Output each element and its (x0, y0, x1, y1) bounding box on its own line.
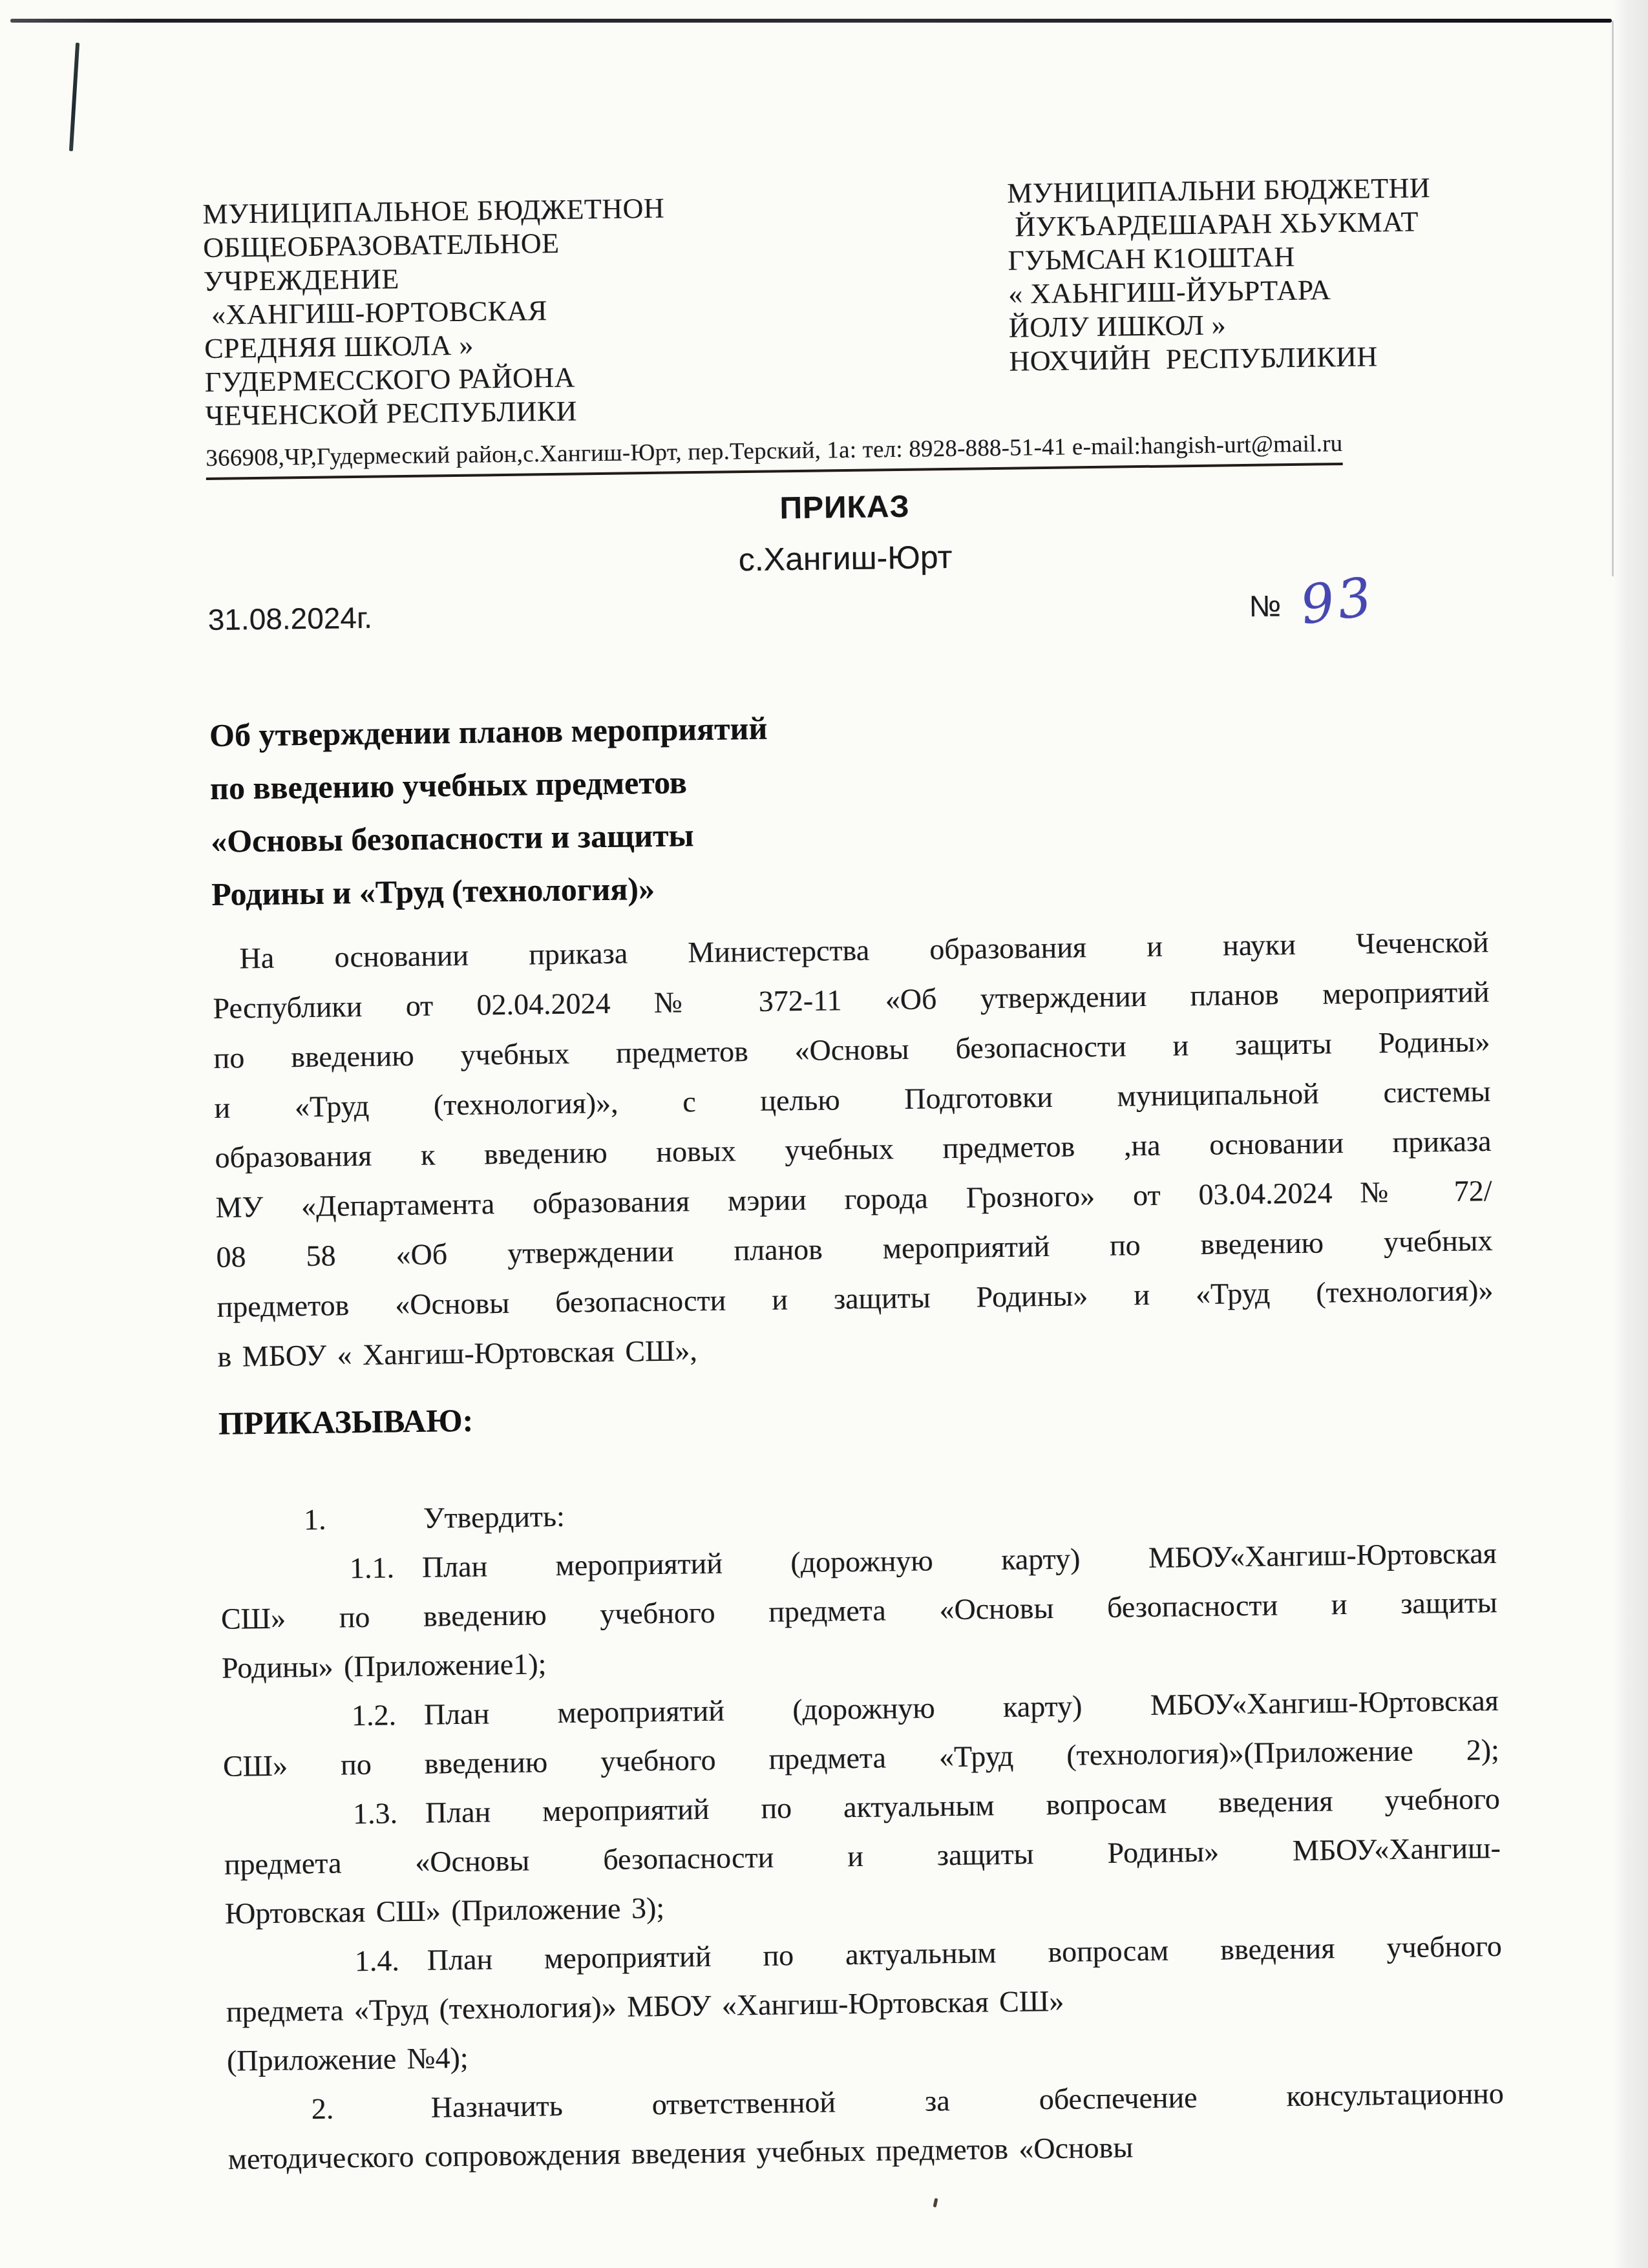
org-name-line: ГУЬМСАН К1ОШТАН (1008, 238, 1480, 278)
letterhead: МУНИЦИПАЛЬНОЕ БЮДЖЕТНОН ОБЩЕОБРАЗОВАТЕЛЬ… (202, 181, 1482, 433)
scan-edge-line (10, 19, 1612, 23)
list-item-text: Утвердить: (423, 1500, 565, 1535)
list-item-text: План мероприятий по актуальным вопросам … (427, 1929, 1503, 1977)
org-name-line: ЙУКЪАРДЕШАРАН ХЬУКМАТ (1008, 204, 1480, 244)
list-item-text: План мероприятий (дорожную карту) МБОУ«Х… (424, 1684, 1499, 1731)
list-item-number: 1.1. (349, 1543, 422, 1593)
org-name-line: НОХЧИЙН РЕСПУБЛИКИН (1009, 339, 1481, 379)
order-date: 31.08.2024г. (207, 600, 372, 637)
order-subject: Об утверждении планов мероприятий по вве… (209, 692, 1488, 921)
org-name-line: « ХАЬНГИШ-ЙУЬРТАРА (1008, 271, 1481, 311)
list-item-number: 1.4. (354, 1936, 427, 1986)
org-name-line: ЙОЛУ ИШКОЛ » (1009, 305, 1481, 345)
place-line: с.Хангиш-Юрт (207, 531, 1484, 585)
scan-right-shade (1613, 0, 1648, 2268)
list-item-number: 2. (311, 2083, 431, 2134)
order-number-sign: № (1249, 588, 1282, 624)
list-item-text: План мероприятий (дорожную карту) МБОУ«Х… (422, 1537, 1497, 1584)
paper-speck (933, 2198, 938, 2208)
address-block: 366908,ЧР,Гудермеский район,с.Хангиш-Юрт… (206, 428, 1483, 480)
scanned-order-page: МУНИЦИПАЛЬНОЕ БЮДЖЕТНОН ОБЩЕОБРАЗОВАТЕЛЬ… (0, 0, 1648, 2268)
address-line: 366908,ЧР,Гудермеский район,с.Хангиш-Юрт… (206, 430, 1343, 480)
resolution-word: ПРИКАЗЫВАЮ: (218, 1388, 1495, 1442)
org-name-line: МУНИЦИПАЛЬНИ БЮДЖЕТНИ (1007, 171, 1479, 211)
org-name-russian: МУНИЦИПАЛЬНОЕ БЮДЖЕТНОН ОБЩЕОБРАЗОВАТЕЛЬ… (202, 189, 839, 433)
list-item-text: План мероприятий по актуальным вопросам … (425, 1782, 1501, 1829)
list-item-number: 1.2. (351, 1690, 424, 1740)
pen-mark (69, 43, 79, 151)
list-item-number: 1.3. (352, 1789, 425, 1838)
doc-type-title: ПРИКАЗ (206, 481, 1483, 534)
list-item-text: Назначить ответственной за обеспечение к… (431, 2077, 1505, 2124)
order-body: На основании приказа Министерства образо… (212, 917, 1494, 1381)
list-item-number: 1. (303, 1494, 423, 1544)
order-items: 1.Утвердить: 1.1.План мероприятий (дорож… (219, 1480, 1505, 2184)
document-content: МУНИЦИПАЛЬНОЕ БЮДЖЕТНОН ОБЩЕОБРАЗОВАТЕЛЬ… (202, 181, 1505, 2184)
order-number-handwritten: 93 (1296, 566, 1378, 637)
org-name-chechen: МУНИЦИПАЛЬНИ БЮДЖЕТНИ ЙУКЪАРДЕШАРАН ХЬУК… (1007, 171, 1481, 379)
order-number-group: № 93 (1249, 587, 1375, 650)
date-number-row: 31.08.2024г. № 93 (207, 585, 1484, 664)
scan-right-edge-line (1612, 21, 1614, 576)
